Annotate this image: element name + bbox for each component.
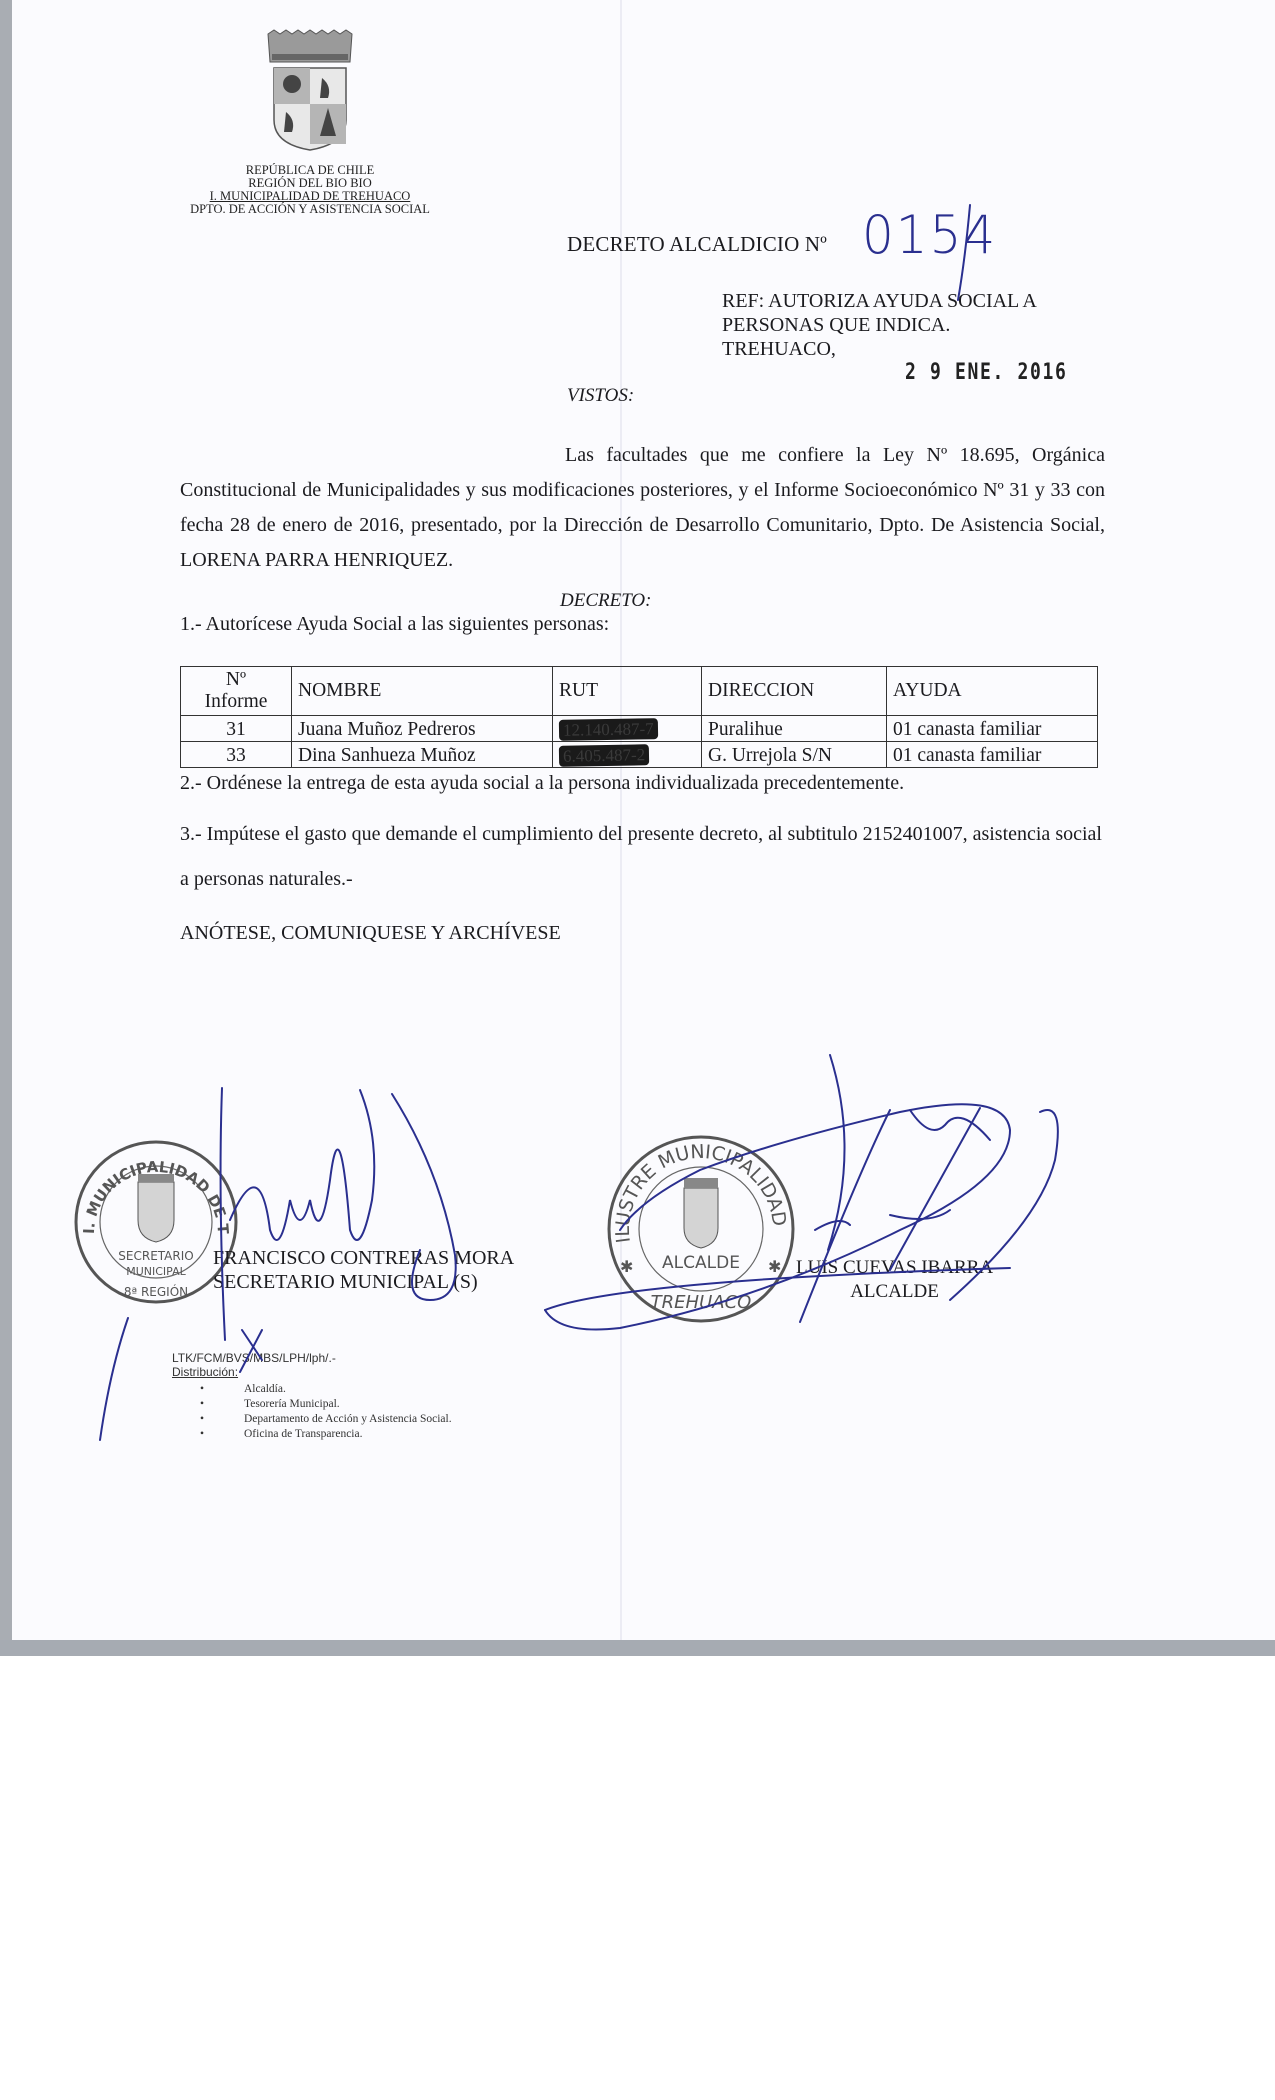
mayor-title: ALCALDE	[796, 1280, 993, 1304]
cell-informe: 31	[181, 716, 292, 742]
cell-ayuda: 01 canasta familiar	[887, 716, 1098, 742]
svg-text:✱: ✱	[620, 1257, 633, 1276]
svg-text:TREHUACO: TREHUACO	[651, 1292, 752, 1313]
decree-item-2: 2.- Ordénese la entrega de esta ayuda so…	[180, 772, 904, 795]
issuer-block: REPÚBLICA DE CHILE REGIÓN DEL BIO BIO I.…	[170, 164, 450, 216]
ref-line: REF: AUTORIZA AYUDA SOCIAL A	[722, 289, 1037, 313]
distribution-item: Alcaldía.	[200, 1382, 452, 1397]
reference-block: REF: AUTORIZA AYUDA SOCIAL A PERSONAS QU…	[722, 289, 1037, 361]
svg-text:MUNICIPAL: MUNICIPAL	[126, 1265, 186, 1278]
org-line: DPTO. DE ACCIÓN Y ASISTENCIA SOCIAL	[170, 203, 450, 216]
cell-rut: 6.405.487-2	[553, 742, 702, 768]
header-informe: Nº Informe	[181, 667, 292, 716]
distribution-item: Oficina de Transparencia.	[200, 1427, 452, 1442]
vistos-heading: VISTOS:	[567, 385, 634, 407]
decree-item-1: 1.- Autorícese Ayuda Social a las siguie…	[180, 613, 609, 636]
secretary-title: SECRETARIO MUNICIPAL (S)	[213, 1270, 514, 1294]
header-direccion: DIRECCION	[702, 667, 887, 716]
svg-text:✱: ✱	[768, 1257, 781, 1276]
svg-text:SECRETARIO: SECRETARIO	[118, 1249, 193, 1263]
decree-title: DECRETO ALCALDICIO Nº	[567, 232, 827, 257]
header-nombre: NOMBRE	[292, 667, 553, 716]
svg-text:ALCALDE: ALCALDE	[662, 1253, 740, 1273]
scan-edge-bottom	[0, 1640, 1275, 1656]
table-row: 31 Juana Muñoz Pedreros 12.140.487-7 Pur…	[181, 716, 1098, 742]
scan-edge-left	[0, 0, 12, 1655]
redacted-rut: 6.405.487-2	[559, 744, 650, 767]
ref-line: PERSONAS QUE INDICA.	[722, 313, 1037, 337]
secretary-signature-block: FRANCISCO CONTRERAS MORA SECRETARIO MUNI…	[213, 1246, 514, 1294]
header-rut: RUT	[553, 667, 702, 716]
distribution-item: Tesorería Municipal.	[200, 1397, 452, 1412]
closing-formula: ANÓTESE, COMUNIQUESE Y ARCHÍVESE	[180, 922, 561, 945]
table-header-row: Nº Informe NOMBRE RUT DIRECCION AYUDA	[181, 667, 1098, 716]
decree-number-handwritten: 0154	[862, 205, 997, 266]
reference-initials: LTK/FCM/BVS/MBS/LPH/lph/.-	[172, 1351, 336, 1365]
cell-nombre: Dina Sanhueza Muñoz	[292, 742, 553, 768]
mayor-name: LUIS CUEVAS IBARRA	[796, 1256, 993, 1280]
svg-text:8ª REGIÓN: 8ª REGIÓN	[124, 1284, 188, 1299]
alcalde-stamp-icon: ILUSTRE MUNICIPALIDAD ALCALDE TREHUACO ✱…	[604, 1132, 798, 1326]
cell-direccion: G. Urrejola S/N	[702, 742, 887, 768]
distribution-list: Alcaldía. Tesorería Municipal. Departame…	[200, 1382, 452, 1442]
distribution-title: Distribución:	[172, 1365, 238, 1379]
date-stamp: 2 9 ENE. 2016	[905, 360, 1068, 385]
decree-item-3: 3.- Impútese el gasto que demande el cum…	[180, 812, 1105, 902]
cell-informe: 33	[181, 742, 292, 768]
cell-rut: 12.140.487-7	[553, 716, 702, 742]
redacted-rut: 12.140.487-7	[559, 718, 658, 741]
ref-line: TREHUACO,	[722, 337, 1037, 361]
cell-ayuda: 01 canasta familiar	[887, 742, 1098, 768]
cell-direccion: Puralihue	[702, 716, 887, 742]
coat-of-arms-icon	[262, 28, 358, 152]
vistos-paragraph: Las facultades que me confiere la Ley Nº…	[180, 438, 1105, 578]
mayor-signature-block: LUIS CUEVAS IBARRA ALCALDE	[796, 1256, 993, 1304]
header-ayuda: AYUDA	[887, 667, 1098, 716]
table-row: 33 Dina Sanhueza Muñoz 6.405.487-2 G. Ur…	[181, 742, 1098, 768]
cell-nombre: Juana Muñoz Pedreros	[292, 716, 553, 742]
distribution-item: Departamento de Acción y Asistencia Soci…	[200, 1412, 452, 1427]
beneficiaries-table: Nº Informe NOMBRE RUT DIRECCION AYUDA 31…	[180, 666, 1098, 768]
decreto-heading: DECRETO:	[560, 590, 651, 612]
secretary-name: FRANCISCO CONTRERAS MORA	[213, 1246, 514, 1270]
